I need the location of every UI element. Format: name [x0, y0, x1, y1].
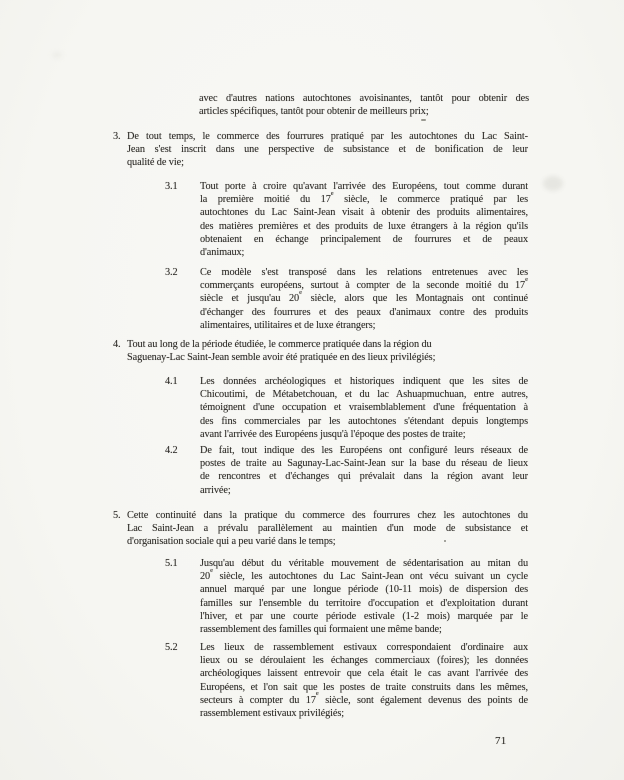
text-line: autochtones du Lac Saint-Jean visait à o…	[200, 206, 528, 219]
text-line: annuel marqué par une longue période (10…	[200, 583, 528, 596]
item-body: Jusqu'au début du véritable mouvement de…	[200, 557, 528, 636]
text-line: d'organisation sociale qui a peu varié d…	[127, 535, 528, 548]
list-item-3: 3. De tout temps, le commerce des fourru…	[113, 130, 528, 170]
page-number: 71	[495, 735, 506, 747]
item-number: 3.2	[165, 266, 200, 332]
text-line: la première moitié du 17e siècle, le com…	[200, 193, 528, 206]
text-line: qualité de vie;	[127, 156, 528, 169]
text-line: de rencontres et d'échanges qui prévalai…	[200, 470, 528, 483]
text-line: postes de traite au Sagunay-Lac-Saint-Je…	[200, 457, 528, 470]
text-line: archéologiques laissent entrevoir que ce…	[200, 667, 528, 680]
item-body: Tout au long de la période étudiée, le c…	[127, 338, 528, 364]
paragraph-continuation: avec d'autres nations autochtones avoisi…	[199, 92, 529, 118]
list-item-5-1: 5.1 Jusqu'au début du véritable mouvemen…	[165, 557, 528, 636]
text-line: Les données archéologiques et historique…	[200, 375, 528, 388]
text-line: Saguenay-Lac Saint-Jean semble avoir été…	[127, 351, 528, 364]
text-line: Tout porte à croire qu'avant l'arrivée d…	[200, 180, 528, 193]
list-item-5-2: 5.2 Les lieux de rassemblement estivaux …	[165, 641, 528, 720]
list-item-4: 4. Tout au long de la période étudiée, l…	[113, 338, 528, 364]
list-item-3-2: 3.2 Ce modèle s'est transposé dans les r…	[165, 266, 528, 332]
item-body: Cette continuité dans la pratique du com…	[127, 509, 528, 549]
text-line: des matières premières et des produits d…	[200, 220, 528, 233]
item-body: Tout porte à croire qu'avant l'arrivée d…	[200, 180, 528, 259]
list-item-4-1: 4.1 Les données archéologiques et histor…	[165, 375, 528, 441]
item-number: 3.	[113, 130, 127, 170]
text-line: alimentaires, utilitaires et de luxe étr…	[200, 319, 528, 332]
document-page: avec d'autres nations autochtones avoisi…	[0, 0, 624, 780]
text-line: des fins commerciales par les autochtone…	[200, 415, 528, 428]
text-line: Cette continuité dans la pratique du com…	[127, 509, 528, 522]
text-line: Européens, et l'on sait que les postes d…	[200, 681, 528, 694]
item-body: Les données archéologiques et historique…	[200, 375, 528, 441]
item-body: De fait, tout indique des les Européens …	[200, 444, 528, 497]
text-line: Ce modèle s'est transposé dans les relat…	[200, 266, 528, 279]
text-line: 20e siècle, les autochtones du Lac Saint…	[200, 570, 528, 583]
item-number: 4.1	[165, 375, 200, 441]
text-line: siècle et jusqu'au 20e siècle, alors que…	[200, 292, 528, 305]
list-item-5: 5. Cette continuité dans la pratique du …	[113, 509, 528, 549]
text-line: rassemblement estivaux privilégiés;	[200, 707, 528, 720]
item-number: 5.2	[165, 641, 200, 720]
item-number: 3.1	[165, 180, 200, 259]
text-line: commerçants européens, surtout à compter…	[200, 279, 528, 292]
text-line: articles spécifiques, tantôt pour obteni…	[199, 105, 529, 118]
text-line: d'échanger des fourrures et des peaux d'…	[200, 306, 528, 319]
text-line: l'hiver, et par une courte période estiv…	[200, 610, 528, 623]
text-line: Lac Saint-Jean a prévalu parallèlement a…	[127, 522, 528, 535]
text-line: témoignent d'une occupation et vraisembl…	[200, 401, 528, 414]
item-body: Ce modèle s'est transposé dans les relat…	[200, 266, 528, 332]
text-line: arrivée;	[200, 484, 528, 497]
text-line: secteurs à compter du 17e siècle, sont é…	[200, 694, 528, 707]
text-line: Jean s'est inscrit dans une perspective …	[127, 143, 528, 156]
scan-noise	[421, 119, 426, 121]
text-line: Tout au long de la période étudiée, le c…	[127, 338, 528, 351]
text-line: d'animaux;	[200, 246, 528, 259]
scan-noise	[444, 540, 446, 542]
item-body: Les lieux de rassemblement estivaux corr…	[200, 641, 528, 720]
text-line: Jusqu'au début du véritable mouvement de…	[200, 557, 528, 570]
item-body: De tout temps, le commerce des fourrures…	[127, 130, 528, 170]
text-line: Les lieux de rassemblement estivaux corr…	[200, 641, 528, 654]
item-number: 5.	[113, 509, 127, 549]
item-number: 5.1	[165, 557, 200, 636]
text-line: De fait, tout indique des les Européens …	[200, 444, 528, 457]
text-line: avant l'arrivée des Européens jusqu'à l'…	[200, 428, 528, 441]
text-line: familles sur l'ensemble du territoire d'…	[200, 597, 528, 610]
text-line: obtenaient en échange principalement de …	[200, 233, 528, 246]
item-number: 4.2	[165, 444, 200, 497]
list-item-4-2: 4.2 De fait, tout indique des les Europé…	[165, 444, 528, 497]
text-line: avec d'autres nations autochtones avoisi…	[199, 92, 529, 105]
text-line: rassemblement des familles qui formaient…	[200, 623, 528, 636]
text-line: De tout temps, le commerce des fourrures…	[127, 130, 528, 143]
scan-noise	[52, 52, 62, 58]
item-number: 4.	[113, 338, 127, 364]
text-line: Chicoutimi, de Métabetchouan, et du lac …	[200, 388, 528, 401]
text-line: lieux ou se déroulaient les échanges com…	[200, 654, 528, 667]
list-item-3-1: 3.1 Tout porte à croire qu'avant l'arriv…	[165, 180, 528, 259]
scan-noise	[543, 176, 563, 191]
